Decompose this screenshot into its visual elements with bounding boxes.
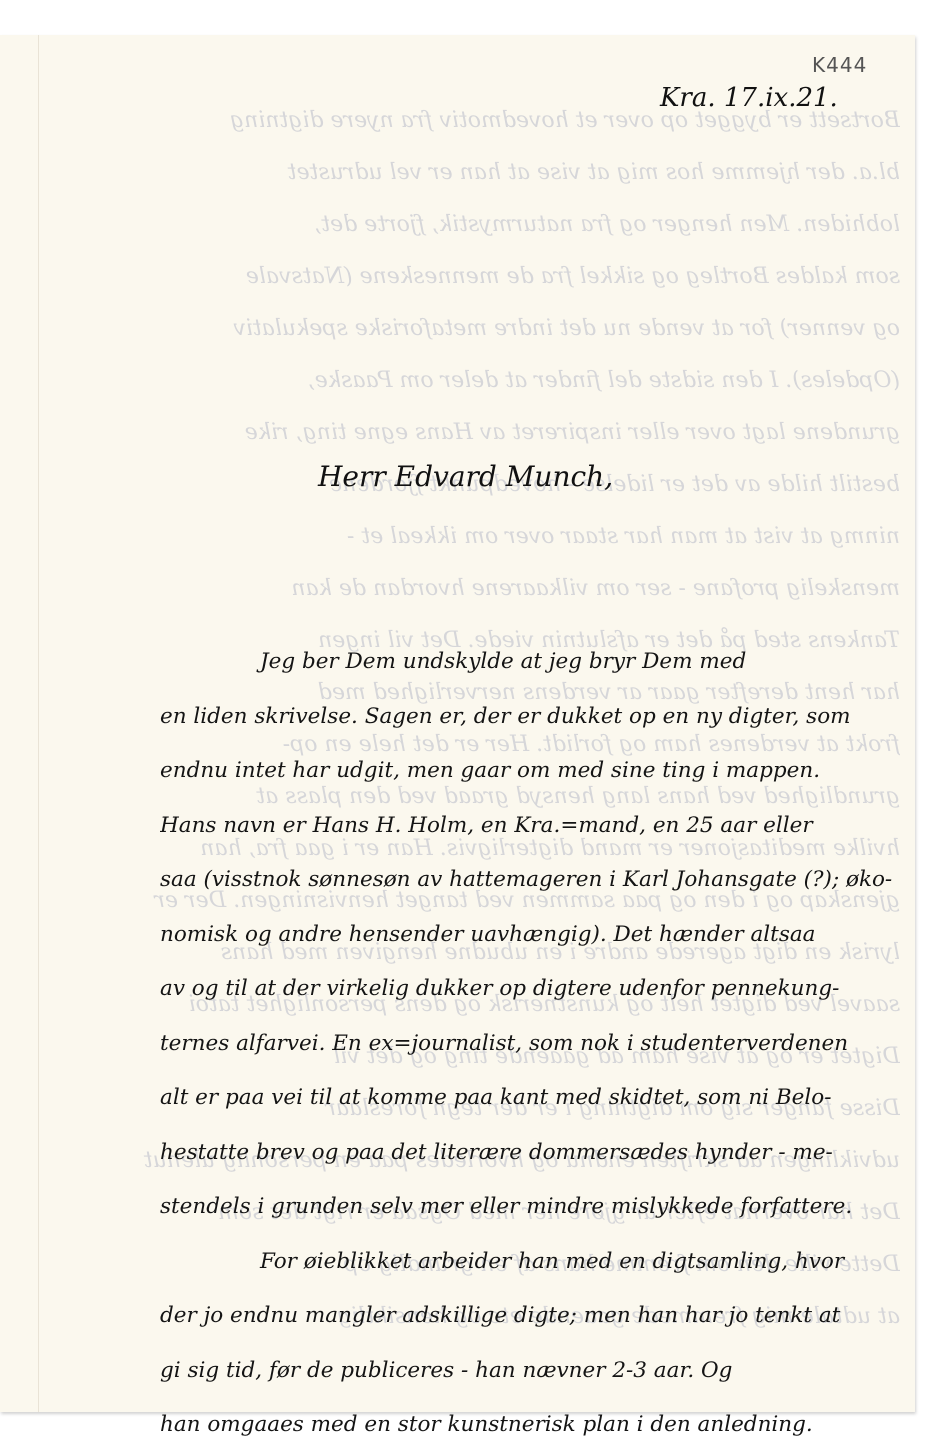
letter-body: Jeg ber Dem undskylde at jeg bryr Dem me…	[160, 635, 900, 1446]
archive-id: K444	[812, 53, 867, 77]
body-line: saa (visstnok sønnesøn av hattemageren i…	[160, 853, 900, 908]
bleed-line: som kaldes Bortleg og sikkel fra de menn…	[40, 251, 900, 303]
body-line: av og til at der virkelig dukker op digt…	[160, 962, 900, 1017]
body-line: stendels i grunden selv mer eller mindre…	[160, 1180, 900, 1235]
body-line: der jo endnu mangler adskillige digte; m…	[160, 1289, 900, 1344]
paper-fold-line	[38, 35, 39, 1412]
bleed-line: og venner) for at vende nu det indre met…	[40, 303, 900, 355]
bleed-line: (Opdeles). I den sidste del finder at de…	[40, 355, 900, 407]
body-line: For øieblikket arbeider han med en digts…	[160, 1235, 900, 1290]
body-line: alt er paa vei til at komme paa kant med…	[160, 1071, 900, 1126]
body-line: en liden skrivelse. Sagen er, der er duk…	[160, 690, 900, 745]
salutation: Herr Edvard Munch,	[318, 460, 613, 493]
bleed-line: grundene lagt over eller inspireret av H…	[40, 407, 900, 459]
bleed-line: Bortsett er bygget op over et hovedmotiv…	[40, 95, 900, 147]
bleed-line: ninmg at vist at man har staar over om i…	[40, 511, 900, 563]
body-line: han omgaaes med en stor kunstnerisk plan…	[160, 1398, 900, 1446]
bleed-line: menskelig profane - ser om vilkaarene hv…	[40, 563, 900, 615]
letter-page: K444 Kra. 17.ix.21. Bortsett er bygget o…	[0, 35, 915, 1412]
body-line: ternes alfarvei. En ex=journalist, som n…	[160, 1017, 900, 1072]
bleed-line: bl.a. der hjemme hos mig at vise at han …	[40, 147, 900, 199]
body-line: Jeg ber Dem undskylde at jeg bryr Dem me…	[160, 635, 900, 690]
body-line: hestatte brev og paa det literære dommer…	[160, 1126, 900, 1181]
body-line: endnu intet har udgit, men gaar om med s…	[160, 744, 900, 799]
bleed-line: lobhiden. Men henger og fra naturmystik,…	[40, 199, 900, 251]
body-line: gi sig tid, før de publiceres - han nævn…	[160, 1344, 900, 1399]
body-line: Hans navn er Hans H. Holm, en Kra.=mand,…	[160, 799, 900, 854]
body-line: nomisk og andre hensender uavhængig). De…	[160, 908, 900, 963]
